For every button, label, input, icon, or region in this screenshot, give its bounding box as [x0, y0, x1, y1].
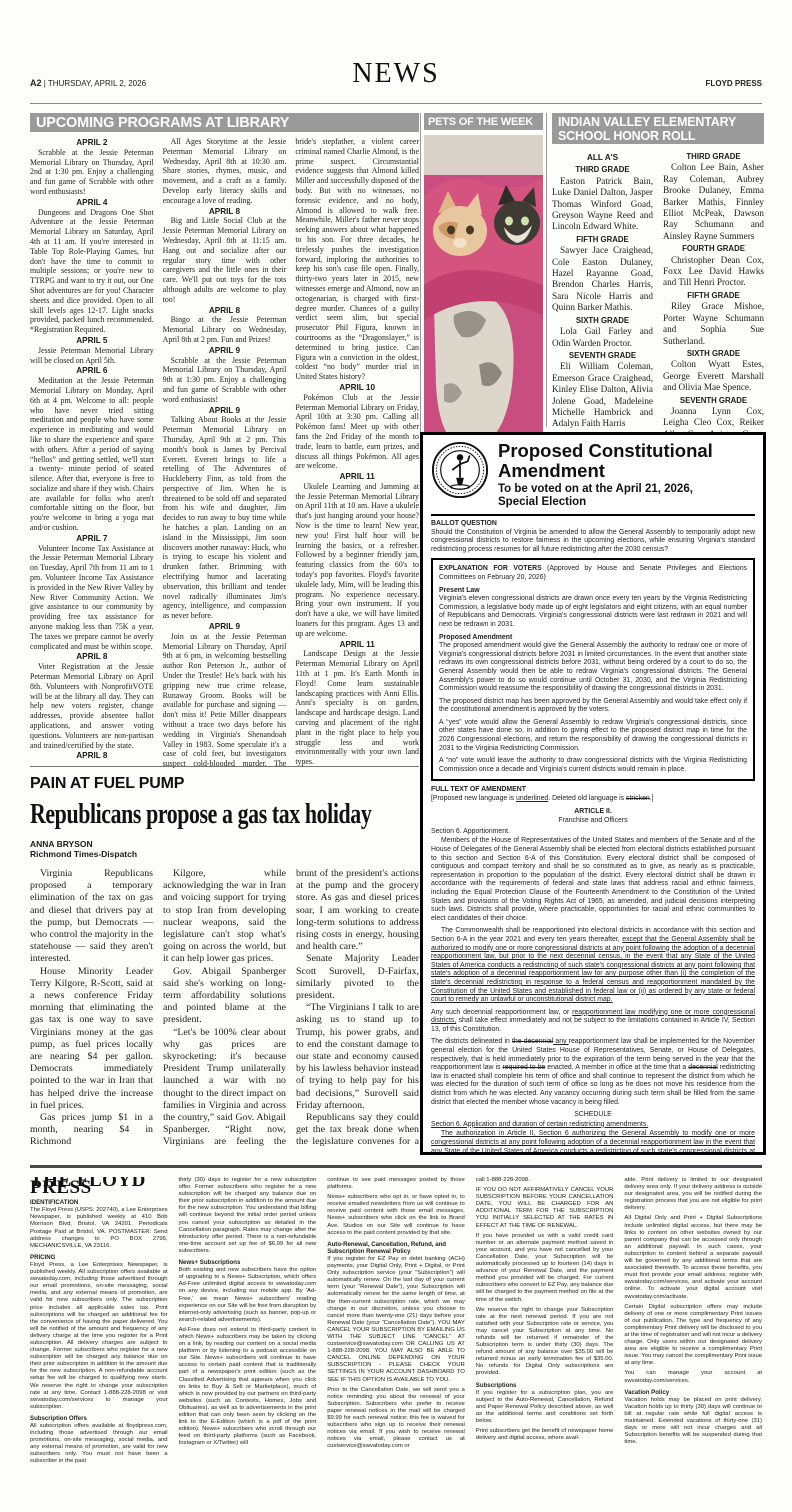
masthead-heading: PRICING: [30, 1254, 168, 1261]
header-rule: [30, 103, 762, 104]
honor-roll-block: ALL A'S: [552, 152, 653, 163]
pets-section-title: PETS OF THE WEEK: [424, 113, 543, 130]
masthead-item: Subscription Offers All subscription off…: [30, 1415, 168, 1466]
masthead-column-4: call 1-888-228-2098. IF YOU DO NOT AFFIR…: [476, 1177, 614, 1507]
masthead-item: PRICING Floyd Press, a Lee Enterprises N…: [30, 1254, 168, 1411]
event-date: APRIL 8: [30, 652, 154, 662]
event-description: Dungeons and Dragons One Shot Adventure …: [30, 208, 154, 335]
masthead-heading: Vacation Policy: [624, 1389, 762, 1396]
masthead-item: News+ subscribers who opt in, or have op…: [327, 1194, 465, 1237]
library-event: APRIL 11 Landscape Design at the Jessie …: [295, 640, 419, 767]
masthead-title: THE FLOYD PRESS: [30, 1177, 168, 1191]
reapportionment-law-paragraph: Any such decennial reapportionment law, …: [431, 1009, 755, 1035]
masthead-item: Ad-Free does not extend to third-party c…: [179, 1327, 317, 1448]
masthead-section: THE FLOYD PRESS IDENTIFICATION The Floyd…: [30, 1177, 762, 1507]
byline-source: Richmond Times-Dispatch: [30, 849, 419, 859]
paper-name: FLOYD PRESS: [706, 79, 762, 88]
masthead-text: All Digital Only and Print + Digital Sub…: [624, 1215, 762, 1300]
article-paragraph: “The Virginians I talk to are asking us …: [296, 1002, 419, 1112]
student-names: Eli William Coleman, Emerson Grace Craig…: [552, 361, 653, 429]
explanation-heading: EXPLANATION FOR VOTERS (Approved by Hous…: [439, 565, 747, 582]
honor-roll-title-line2: SCHOOL HONOR ROLL: [558, 129, 758, 143]
event-date: APRIL 5: [30, 336, 154, 346]
masthead-item: We reserve the right to change your Subs…: [476, 1307, 614, 1378]
masthead-text: If you register for EZ Pay or debit bank…: [327, 1256, 465, 1384]
event-description: Volunteer Income Tax Assistance at the J…: [30, 544, 154, 652]
article-paragraph: Kilgore, while acknowledging the war in …: [163, 868, 286, 966]
masthead-rule: [30, 1165, 762, 1168]
masthead-item: You can manage your account at swvatoday…: [624, 1370, 762, 1384]
event-description: Pokémon Club at the Jessie Peterman Memo…: [295, 393, 419, 471]
masthead-heading: IDENTIFICATION: [30, 1199, 168, 1206]
library-section-title: UPCOMING PROGRAMS AT LIBRARY: [30, 113, 419, 132]
byline-author: ANNA BRYSON: [30, 839, 419, 849]
masthead-item: Auto-Renewal, Cancellation, Refund, and …: [327, 1241, 465, 1384]
amendment-title: Proposed Constitutional Amendment: [498, 441, 713, 480]
article-body: Virginia Republicans proposed a temporar…: [30, 868, 419, 1152]
library-event: APRIL 10 Pokémon Club at the Jessie Pete…: [295, 383, 419, 471]
masthead-text: If you register for a subscription plan,…: [476, 1390, 614, 1425]
proposed-amendment: Proposed Amendment The proposed amendmen…: [439, 634, 747, 694]
event-date: APRIL 8: [30, 751, 154, 761]
masthead-text: IF YOU DO NOT AFFIRMATIVELY CANCEL YOUR …: [476, 1187, 614, 1230]
event-description: Voter Registration at the Jessie Peterma…: [30, 662, 154, 750]
masthead-text: able. Print delivery is limited to our d…: [624, 1177, 762, 1212]
masthead-item: Vacation Policy Vacation holds may be pl…: [624, 1389, 762, 1447]
proposed-amendment-2: The proposed district map has been appro…: [439, 698, 747, 715]
amendment-rule: [431, 514, 755, 516]
event-description: Scrabble at the Jessie Peterman Memorial…: [163, 356, 287, 405]
masthead-item: Certain Digital subscription offers may …: [624, 1304, 762, 1368]
section-title: NEWS: [0, 58, 792, 90]
event-date: APRIL 4: [30, 198, 154, 208]
event-description: Ukulele Learning and Jamming at the Jess…: [295, 482, 419, 639]
masthead-item: call 1-888-228-2098.: [476, 1177, 614, 1184]
library-event: APRIL 4 Dungeons and Dragons One Shot Ad…: [30, 198, 154, 335]
library-event: APRIL 8 Voter Registration at the Jessie…: [30, 652, 154, 750]
grade-heading: THIRD GRADE: [663, 151, 764, 162]
student-names: Lola Gail Farley and Odin Warden Proctor…: [552, 326, 653, 349]
article-divider-rule: [30, 766, 419, 767]
section-heading: Section 6. Apportionment.: [431, 828, 755, 837]
masthead-heading: Subscription Offers: [30, 1415, 168, 1422]
event-description: All Ages Storytime at the Jessie Peterma…: [163, 137, 287, 206]
honor-roll-list: ALL A'S THIRD GRADE Easton Patrick Bain,…: [552, 151, 764, 443]
masthead-item: able. Print delivery is limited to our d…: [624, 1177, 762, 1212]
ballot-question: BALLOT QUESTION Should the Constitution …: [431, 520, 755, 554]
masthead-text: All subscription offers available at flo…: [30, 1423, 168, 1466]
gas-tax-article: PAIN AT FUEL PUMP Republicans propose a …: [30, 775, 419, 1152]
masthead-item: News+ Subscriptions Both existing and ne…: [179, 1259, 317, 1324]
event-description: Jessie Peterman Memorial Library will be…: [30, 346, 154, 366]
honor-roll-block: THIRD GRADE Colton Lee Bain, Asher Ray C…: [663, 151, 764, 242]
masthead-text: Both existing and new subscribers have t…: [179, 1267, 317, 1324]
grade-heading: SIXTH GRADE: [663, 348, 764, 359]
masthead-item: continue to see paid messages posted by …: [327, 1177, 465, 1191]
event-description: Bingo at the Jessie Peterman Memorial Li…: [163, 315, 287, 344]
event-description: Talking About Books at the Jessie Peterm…: [163, 415, 287, 621]
honor-roll-block: SEVENTH GRADE Eli William Coleman, Emers…: [552, 350, 653, 430]
event-date: APRIL 9: [163, 346, 287, 356]
article-kicker: PAIN AT FUEL PUMP: [30, 775, 419, 793]
student-names: Colton Lee Bain, Asher Ray Coleman, Aubr…: [663, 162, 764, 242]
grade-heading: SEVENTH GRADE: [663, 395, 764, 406]
no-vote: A “no” vote would leave the authority to…: [439, 757, 747, 774]
masthead-text: call 1-888-228-2098.: [476, 1177, 614, 1184]
districts-paragraph: The districts delineated in the decennia…: [431, 1038, 755, 1107]
event-date: APRIL 11: [295, 472, 419, 482]
masthead-text: Floyd Press, a Lee Enterprises Newspaper…: [30, 1262, 168, 1411]
newspaper-page: A2 | THURSDAY, APRIL 2, 2026 NEWS FLOYD …: [0, 0, 792, 1512]
masthead-text: Certain Digital subscription offers may …: [624, 1304, 762, 1368]
library-programs-section: UPCOMING PROGRAMS AT LIBRARY APRIL 2 Scr…: [30, 113, 419, 771]
library-event: APRIL 5 Jessie Peterman Memorial Library…: [30, 336, 154, 365]
library-event: APRIL 9 Talking About Books at the Jessi…: [163, 406, 287, 622]
library-event: APRIL 6 Meditation at the Jessie Peterma…: [30, 366, 154, 533]
library-event: APRIL 11 Ukulele Learning and Jamming at…: [295, 472, 419, 639]
honor-roll-block: SIXTH GRADE Lola Gail Farley and Odin Wa…: [552, 315, 653, 349]
event-description: Big and Little Social Club at the Jessie…: [163, 216, 287, 304]
student-names: Christopher Dean Cox, Foxx Lee David Haw…: [663, 255, 764, 289]
masthead-heading: Auto-Renewal, Cancellation, Refund, and …: [327, 1241, 465, 1255]
event-description: Landscape Design at the Jessie Peterman …: [295, 649, 419, 767]
event-description: Meditation at the Jessie Peterman Memori…: [30, 376, 154, 533]
masthead-item: Prior to the Cancellation Date, we will …: [327, 1387, 465, 1451]
amendment-header: Proposed Constitutional Amendment To be …: [431, 441, 755, 509]
schedule-section: Section 6. Application and duration of c…: [431, 1121, 755, 1130]
student-names: Riley Grace Mishoe, Porter Wayne Schuman…: [663, 301, 764, 347]
masthead-text: News+ subscribers who opt in, or have op…: [327, 1194, 465, 1237]
event-date: APRIL 8: [163, 207, 287, 217]
library-event: APRIL 8 Bingo at the Jessie Peterman Mem…: [163, 306, 287, 345]
article-subheading: Franchise and Officers: [431, 817, 755, 826]
student-names: Sawyer Jace Craighead, Cole Easton Dulan…: [552, 245, 653, 313]
masthead-column-2: thirty (30) days to register for a new s…: [179, 1177, 317, 1507]
grade-heading: FOURTH GRADE: [663, 243, 764, 254]
honor-group-heading: ALL A'S: [552, 152, 653, 163]
masthead-text: We reserve the right to change your Subs…: [476, 1307, 614, 1378]
masthead-item: If you have provided us with a valid cre…: [476, 1233, 614, 1304]
honor-roll-block: SIXTH GRADE Colton Wyatt Estes, George E…: [663, 348, 764, 394]
masthead-item: IDENTIFICATION The Floyd Press (USPS: 20…: [30, 1199, 168, 1250]
honor-roll-title-line1: INDIAN VALLEY ELEMENTARY: [558, 115, 758, 129]
amendment-subtitle: To be voted on at the April 21, 2026, Sp…: [498, 483, 713, 509]
honor-roll-block: THIRD GRADE Easton Patrick Bain, Luke Da…: [552, 164, 653, 232]
grade-heading: SEVENTH GRADE: [552, 350, 653, 361]
masthead-item: All Digital Only and Print + Digital Sub…: [624, 1215, 762, 1300]
honor-roll-block: FOURTH GRADE Christopher Dean Cox, Foxx …: [663, 243, 764, 289]
masthead-text: Print subscribers get the benefit of new…: [476, 1428, 614, 1442]
event-date: APRIL 2: [30, 138, 154, 148]
yes-vote: A “yes” vote would allow the General Ass…: [439, 719, 747, 753]
masthead-text: continue to see paid messages posted by …: [327, 1177, 465, 1191]
event-date: APRIL 6: [30, 366, 154, 376]
student-names: Colton Wyatt Estes, George Everett Marsh…: [663, 359, 764, 393]
schedule-text: The authorization in Article II, Section…: [431, 1130, 755, 1155]
event-date: APRIL 8: [163, 306, 287, 316]
masthead-text: You can manage your account at swvatoday…: [624, 1370, 762, 1384]
event-description: Scrabble at the Jessie Peterman Memorial…: [30, 148, 154, 197]
grade-heading: FIFTH GRADE: [663, 290, 764, 301]
masthead-text: Vacation holds may be placed on print de…: [624, 1397, 762, 1447]
commonwealth-paragraph: The Commonwealth shall be reapportioned …: [431, 927, 755, 1004]
virginia-seal-icon: [431, 441, 489, 499]
article-paragraph: Gov. Abigail Spanberger said she's worki…: [163, 966, 286, 1027]
article-byline: ANNA BRYSON Richmond Times-Dispatch: [30, 839, 419, 859]
full-text-heading: FULL TEXT OF AMENDMENT [Proposed new lan…: [431, 786, 755, 803]
grade-heading: SIXTH GRADE: [552, 315, 653, 326]
event-date: APRIL 11: [295, 640, 419, 650]
explanation-box: EXPLANATION FOR VOTERS (Approved by Hous…: [431, 558, 755, 781]
masthead-text: The Floyd Press (USPS: 202740), a Lee En…: [30, 1207, 168, 1250]
article-paragraph: Virginia Republicans proposed a temporar…: [30, 868, 153, 966]
masthead-text: thirty (30) days to register for a new s…: [179, 1177, 317, 1255]
masthead-column-3: continue to see paid messages posted by …: [327, 1177, 465, 1507]
masthead-heading: Subscriptions: [476, 1382, 614, 1389]
library-event: APRIL 2 Scrabble at the Jessie Peterman …: [30, 138, 154, 197]
article-paragraph: Senate Majority Leader Scott Surovell, D…: [296, 953, 419, 1002]
masthead-text: Prior to the Cancellation Date, we will …: [327, 1387, 465, 1451]
student-names: Easton Patrick Bain, Luke Daniel Dalton,…: [552, 176, 653, 233]
members-paragraph: Members of the House of Representatives …: [431, 837, 755, 923]
article-heading: ARTICLE II.: [431, 808, 755, 817]
masthead-column-1: THE FLOYD PRESS IDENTIFICATION The Floyd…: [30, 1177, 168, 1507]
masthead-column-5: able. Print delivery is limited to our d…: [624, 1177, 762, 1507]
honor-roll-block: FIFTH GRADE Riley Grace Mishoe, Porter W…: [663, 290, 764, 347]
masthead-item: thirty (30) days to register for a new s…: [179, 1177, 317, 1255]
schedule-heading: SCHEDULE: [431, 1111, 755, 1120]
grade-heading: FIFTH GRADE: [552, 234, 653, 245]
constitutional-amendment-notice: Proposed Constitutional Amendment To be …: [420, 432, 766, 1155]
library-event: APRIL 9 Scrabble at the Jessie Peterman …: [163, 346, 287, 405]
masthead-text: Ad-Free does not extend to third-party c…: [179, 1327, 317, 1448]
masthead-item: Subscriptions If you register for a subs…: [476, 1382, 614, 1426]
honor-roll-title: INDIAN VALLEY ELEMENTARY SCHOOL HONOR RO…: [552, 113, 764, 144]
article-paragraph: House Minority Leader Terry Kilgore, R-S…: [30, 966, 153, 1112]
honor-roll-block: FIFTH GRADE Sawyer Jace Craighead, Cole …: [552, 234, 653, 314]
masthead-item: IF YOU DO NOT AFFIRMATIVELY CANCEL YOUR …: [476, 1187, 614, 1230]
column-divider: [546, 113, 547, 427]
event-date: APRIL 10: [295, 383, 419, 393]
library-event: APRIL 7 Volunteer Income Tax Assistance …: [30, 534, 154, 652]
masthead-heading: News+ Subscriptions: [179, 1259, 317, 1266]
present-law: Present Law Virginia's eleven congressio…: [439, 587, 747, 630]
masthead-item: Print subscribers get the benefit of new…: [476, 1428, 614, 1442]
event-date: APRIL 7: [30, 534, 154, 544]
article-paragraph: Gas prices jump $1 in a month, nearing $…: [30, 1112, 153, 1149]
library-event: APRIL 8 Big and Little Social Club at th…: [163, 207, 287, 305]
library-events-list: APRIL 2 Scrabble at the Jessie Peterman …: [30, 137, 419, 771]
article-headline: Republicans propose a gas tax holiday: [30, 799, 333, 831]
masthead-text: If you have provided us with a valid cre…: [476, 1233, 614, 1304]
honor-roll-section: INDIAN VALLEY ELEMENTARY SCHOOL HONOR RO…: [552, 113, 764, 443]
event-date: APRIL 9: [163, 622, 287, 632]
grade-heading: THIRD GRADE: [552, 164, 653, 175]
event-date: APRIL 9: [163, 406, 287, 416]
amendment-titles: Proposed Constitutional Amendment To be …: [498, 441, 713, 509]
